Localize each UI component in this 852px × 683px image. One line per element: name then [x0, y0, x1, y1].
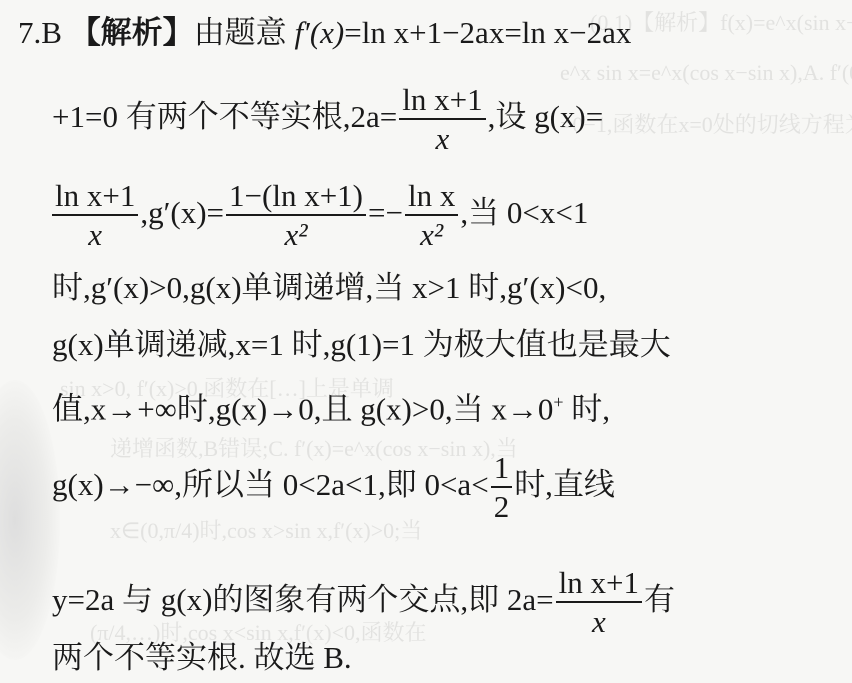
fraction: ln xx²: [405, 178, 458, 254]
fraction: ln x+1x: [556, 565, 642, 641]
answer-choice: B: [41, 15, 62, 50]
problem-number: 7.: [18, 15, 41, 50]
denominator: x: [399, 118, 485, 158]
scan-smudge: [0, 380, 60, 660]
bleed-through-text: e^x sin x=e^x(cos x−sin x),A. f′(0)=1,f(…: [560, 60, 852, 86]
denominator: x²: [226, 214, 366, 254]
denominator: x: [52, 214, 138, 254]
numerator: ln x: [405, 178, 458, 214]
numerator: 1−(ln x+1): [226, 178, 366, 214]
analysis-tag: 【解析】: [70, 15, 194, 50]
solution-line-7: g(x)→−∞,所以当 0<2a<1,即 0<a<12时,直线: [52, 450, 615, 526]
solution-line-3: ln x+1x,g′(x)=1−(ln x+1)x²=−ln xx²,当 0<x…: [50, 178, 588, 254]
fraction: ln x+1x: [52, 178, 138, 254]
solution-line-4: 时,g′(x)>0,g(x)单调递增,当 x>1 时,g′(x)<0,: [52, 268, 606, 308]
text: 时,直线: [514, 467, 615, 502]
text: 有: [644, 582, 675, 617]
text: 由题意: [194, 15, 287, 50]
text: ,当 0<x<1: [460, 195, 588, 230]
math-f-prime: f′(x): [294, 15, 344, 50]
text: ,g′(x)=: [140, 195, 224, 230]
denominator: 2: [491, 486, 513, 526]
solution-line-8: y=2a 与 g(x)的图象有两个交点,即 2a=ln x+1x有: [52, 565, 675, 641]
solution-line-9: 两个不等实根. 故选 B.: [52, 638, 352, 678]
text: 值,x→+∞时,g(x)→0,且 g(x)>0,当 x→0: [52, 391, 553, 426]
text: y=2a 与 g(x)的图象有两个交点,即 2a=: [52, 582, 554, 617]
numerator: ln x+1: [52, 178, 138, 214]
numerator: ln x+1: [399, 82, 485, 118]
text: 时,: [564, 391, 611, 426]
solution-line-2: +1=0 有两个不等实根,2a=ln x+1x,设 g(x)=: [52, 82, 603, 158]
solution-line-5: g(x)单调递减,x=1 时,g(1)=1 为极大值也是最大: [52, 325, 671, 365]
numerator: 1: [491, 450, 513, 486]
fraction: 12: [491, 450, 513, 526]
solution-line-1: 7.B 【解析】由题意 f′(x)=ln x+1−2ax=ln x−2ax: [18, 13, 631, 53]
fraction: ln x+1x: [399, 82, 485, 158]
text: =−: [368, 195, 403, 230]
numerator: ln x+1: [556, 565, 642, 601]
math-expression: =ln x+1−2ax=ln x−2ax: [344, 15, 631, 50]
superscript: +: [553, 392, 563, 412]
text: g(x)→−∞,所以当 0<2a<1,即 0<a<: [52, 467, 489, 502]
text: +1=0 有两个不等实根,2a=: [52, 99, 397, 134]
denominator: x²: [405, 214, 458, 254]
denominator: x: [556, 601, 642, 641]
bleed-through-text: =0−1,函数在x=0处的切线方程为y=x−1: [560, 108, 852, 139]
solution-line-6: 值,x→+∞时,g(x)→0,且 g(x)>0,当 x→0+ 时,: [52, 382, 610, 429]
text: ,设 g(x)=: [488, 99, 604, 134]
fraction: 1−(ln x+1)x²: [226, 178, 366, 254]
